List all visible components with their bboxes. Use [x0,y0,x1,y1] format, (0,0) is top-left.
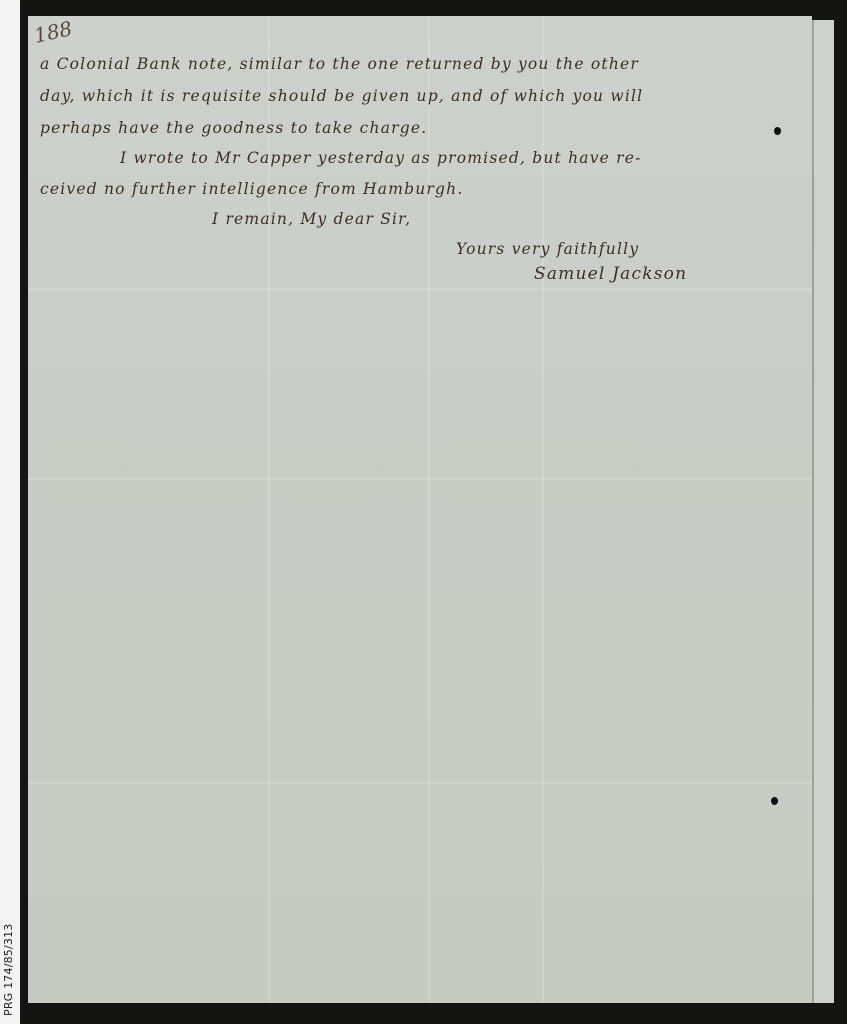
binding-hole [774,127,781,135]
letter-valediction: Yours very faithfully [456,240,639,258]
binding-hole [771,797,778,805]
letter-line: I wrote to Mr Capper yesterday as promis… [120,149,642,167]
letter-line: ceived no further intelligence from Hamb… [40,180,463,198]
archive-reference: PRG 174/85/313 [2,924,15,1017]
letter-closing: I remain, My dear Sir, [212,210,411,228]
letter-signature: Samuel Jackson [534,264,687,284]
letter-line: perhaps have the goodness to take charge… [40,119,427,137]
fold-crease [28,782,812,784]
letter-line: a Colonial Bank note, similar to the one… [40,55,639,73]
fold-crease [28,478,812,480]
fold-crease [28,288,812,290]
letter-line: day, which it is requisite should be giv… [40,87,643,105]
archive-label-strip: PRG 174/85/313 [0,0,20,1024]
folded-edge [812,20,834,1003]
